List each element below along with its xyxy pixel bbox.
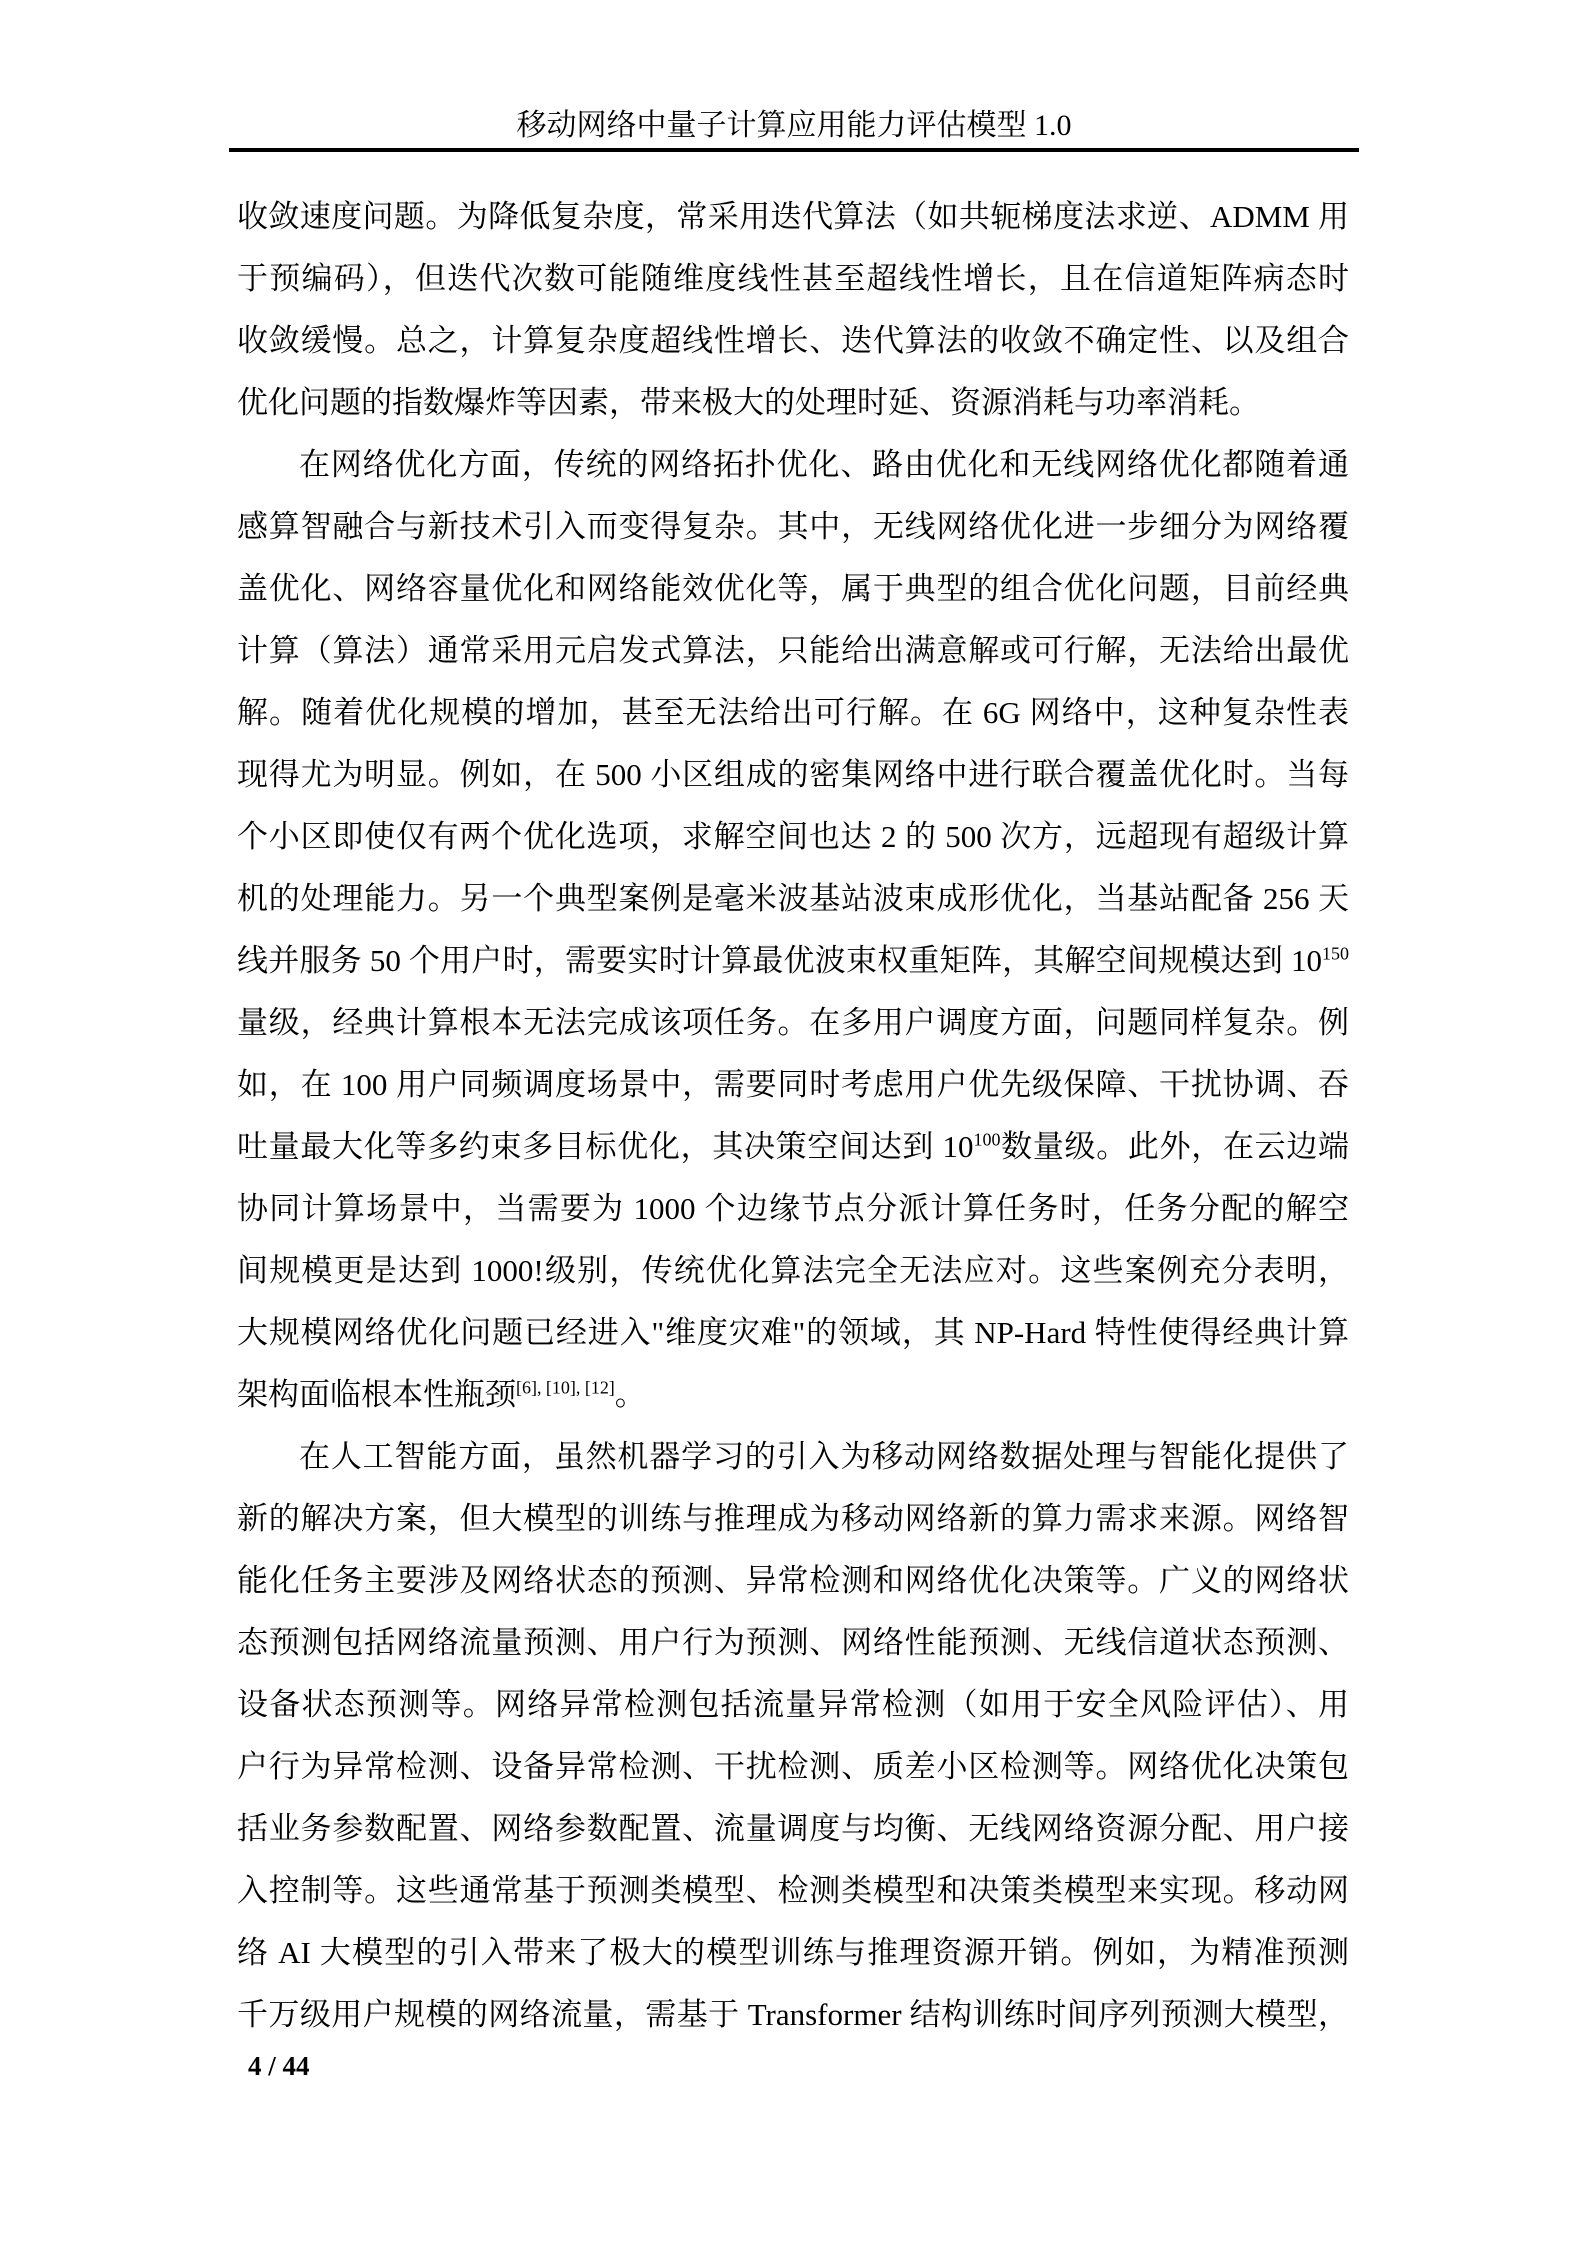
line-text: 收敛缓慢。总之，计算复杂度超线性增长、迭代算法的收敛不确定性、以及组合 <box>237 323 1349 358</box>
line-text: 数量级。此外，在云边端 <box>1000 1129 1349 1164</box>
body-line: 千万级用户规模的网络流量，需基于 Transformer 结构训练时间序列预测大… <box>237 1984 1349 2046</box>
body-line: 于预编码），但迭代次数可能随维度线性甚至超线性增长，且在信道矩阵病态时 <box>237 248 1349 310</box>
line-text: 能化任务主要涉及网络状态的预测、异常检测和网络优化决策等。广义的网络状 <box>237 1563 1349 1598</box>
header-rule <box>229 148 1359 152</box>
body-line: 量级，经典计算根本无法完成该项任务。在多用户调度方面，问题同样复杂。例 <box>237 992 1349 1054</box>
body-line: 线并服务 50 个用户时，需要实时计算最优波束权重矩阵，其解空间规模达到 101… <box>237 930 1349 992</box>
line-text: 入控制等。这些通常基于预测类模型、检测类模型和决策类模型来实现。移动网 <box>237 1873 1349 1908</box>
line-text: 于预编码），但迭代次数可能随维度线性甚至超线性增长，且在信道矩阵病态时 <box>237 261 1349 296</box>
body-line: 个小区即使仅有两个优化选项，求解空间也达 2 的 500 次方，远超现有超级计算 <box>237 806 1349 868</box>
body-line: 设备状态预测等。网络异常检测包括流量异常检测（如用于安全风险评估）、用 <box>237 1674 1349 1736</box>
line-text: 千万级用户规模的网络流量，需基于 Transformer 结构训练时间序列预测大… <box>237 1997 1349 2032</box>
body-line: 收敛速度问题。为降低复杂度，常采用迭代算法（如共轭梯度法求逆、ADMM 用 <box>237 186 1349 248</box>
page-number: 4 / 44 <box>248 2048 310 2084</box>
line-text: 设备状态预测等。网络异常检测包括流量异常检测（如用于安全风险评估）、用 <box>237 1687 1349 1722</box>
body-line: 括业务参数配置、网络参数配置、流量调度与均衡、无线网络资源分配、用户接 <box>237 1798 1349 1860</box>
line-text: 感算智融合与新技术引入而变得复杂。其中，无线网络优化进一步细分为网络覆 <box>237 509 1349 544</box>
body-line: 大规模网络优化问题已经进入"维度灾难"的领域，其 NP-Hard 特性使得经典计… <box>237 1302 1349 1364</box>
body-line: 能化任务主要涉及网络状态的预测、异常检测和网络优化决策等。广义的网络状 <box>237 1550 1349 1612</box>
line-text: 吐量最大化等多约束多目标优化，其决策空间达到 10 <box>237 1129 974 1164</box>
line-text: 协同计算场景中，当需要为 1000 个边缘节点分派计算任务时，任务分配的解空 <box>237 1191 1349 1226</box>
line-text: 盖优化、网络容量优化和网络能效优化等，属于典型的组合优化问题，目前经典 <box>237 571 1349 606</box>
line-text: 络 AI 大模型的引入带来了极大的模型训练与推理资源开销。例如，为精准预测 <box>237 1935 1349 1970</box>
line-text: 架构面临根本性瓶颈 <box>237 1377 516 1412</box>
body-line: 入控制等。这些通常基于预测类模型、检测类模型和决策类模型来实现。移动网 <box>237 1860 1349 1922</box>
body-line: 协同计算场景中，当需要为 1000 个边缘节点分派计算任务时，任务分配的解空 <box>237 1178 1349 1240</box>
body-line: 如，在 100 用户同频调度场景中，需要同时考虑用户优先级保障、干扰协调、吞 <box>237 1054 1349 1116</box>
line-text: 量级，经典计算根本无法完成该项任务。在多用户调度方面，问题同样复杂。例 <box>237 1005 1349 1040</box>
body-line: 吐量最大化等多约束多目标优化，其决策空间达到 10100数量级。此外，在云边端 <box>237 1116 1349 1178</box>
line-text: 新的解决方案，但大模型的训练与推理成为移动网络新的算力需求来源。网络智 <box>237 1501 1349 1536</box>
body-line: 收敛缓慢。总之，计算复杂度超线性增长、迭代算法的收敛不确定性、以及组合 <box>237 310 1349 372</box>
body-line: 间规模更是达到 1000!级别，传统优化算法完全无法应对。这些案例充分表明， <box>237 1240 1349 1302</box>
body-line: 在人工智能方面，虽然机器学习的引入为移动网络数据处理与智能化提供了 <box>237 1426 1349 1488</box>
superscript-text: [6], [10], [12] <box>516 1378 615 1398</box>
line-text: 态预测包括网络流量预测、用户行为预测、网络性能预测、无线信道状态预测、 <box>237 1625 1349 1660</box>
body-line: 架构面临根本性瓶颈[6], [10], [12]。 <box>237 1364 1349 1426</box>
line-text: 个小区即使仅有两个优化选项，求解空间也达 2 的 500 次方，远超现有超级计算 <box>237 819 1349 854</box>
line-text: 如，在 100 用户同频调度场景中，需要同时考虑用户优先级保障、干扰协调、吞 <box>237 1067 1349 1102</box>
line-text: 收敛速度问题。为降低复杂度，常采用迭代算法（如共轭梯度法求逆、ADMM 用 <box>237 199 1349 234</box>
body-line: 现得尤为明显。例如，在 500 小区组成的密集网络中进行联合覆盖优化时。当每 <box>237 744 1349 806</box>
body-line: 感算智融合与新技术引入而变得复杂。其中，无线网络优化进一步细分为网络覆 <box>237 496 1349 558</box>
body-line: 户行为异常检测、设备异常检测、干扰检测、质差小区检测等。网络优化决策包 <box>237 1736 1349 1798</box>
body-line: 在网络优化方面，传统的网络拓扑优化、路由优化和无线网络优化都随着通 <box>237 434 1349 496</box>
body-line: 计算（算法）通常采用元启发式算法，只能给出满意解或可行解，无法给出最优 <box>237 620 1349 682</box>
document-header-title: 移动网络中量子计算应用能力评估模型 1.0 <box>229 106 1359 146</box>
line-text: 户行为异常检测、设备异常检测、干扰检测、质差小区检测等。网络优化决策包 <box>237 1749 1349 1784</box>
line-text: 解。随着优化规模的增加，甚至无法给出可行解。在 6G 网络中，这种复杂性表 <box>237 695 1349 730</box>
body-line: 络 AI 大模型的引入带来了极大的模型训练与推理资源开销。例如，为精准预测 <box>237 1922 1349 1984</box>
document-body: 收敛速度问题。为降低复杂度，常采用迭代算法（如共轭梯度法求逆、ADMM 用于预编… <box>237 186 1349 2046</box>
body-line: 优化问题的指数爆炸等因素，带来极大的处理时延、资源消耗与功率消耗。 <box>237 372 1349 434</box>
line-text: 在网络优化方面，传统的网络拓扑优化、路由优化和无线网络优化都随着通 <box>299 447 1349 482</box>
line-text: 间规模更是达到 1000!级别，传统优化算法完全无法应对。这些案例充分表明， <box>237 1253 1349 1288</box>
superscript-text: 100 <box>974 1130 1001 1150</box>
line-text: 大规模网络优化问题已经进入"维度灾难"的领域，其 NP-Hard 特性使得经典计… <box>237 1315 1349 1350</box>
line-text: 在人工智能方面，虽然机器学习的引入为移动网络数据处理与智能化提供了 <box>299 1439 1349 1474</box>
document-page: 移动网络中量子计算应用能力评估模型 1.0 收敛速度问题。为降低复杂度，常采用迭… <box>0 0 1588 2245</box>
line-text: 现得尤为明显。例如，在 500 小区组成的密集网络中进行联合覆盖优化时。当每 <box>237 757 1349 792</box>
body-line: 新的解决方案，但大模型的训练与推理成为移动网络新的算力需求来源。网络智 <box>237 1488 1349 1550</box>
body-line: 机的处理能力。另一个典型案例是毫米波基站波束成形优化，当基站配备 256 天 <box>237 868 1349 930</box>
line-text: 。 <box>615 1377 646 1412</box>
line-text: 优化问题的指数爆炸等因素，带来极大的处理时延、资源消耗与功率消耗。 <box>237 385 1260 420</box>
line-text: 机的处理能力。另一个典型案例是毫米波基站波束成形优化，当基站配备 256 天 <box>237 881 1349 916</box>
body-line: 解。随着优化规模的增加，甚至无法给出可行解。在 6G 网络中，这种复杂性表 <box>237 682 1349 744</box>
superscript-text: 150 <box>1322 944 1349 964</box>
line-text: 计算（算法）通常采用元启发式算法，只能给出满意解或可行解，无法给出最优 <box>237 633 1349 668</box>
line-text: 线并服务 50 个用户时，需要实时计算最优波束权重矩阵，其解空间规模达到 10 <box>237 943 1322 978</box>
line-text: 括业务参数配置、网络参数配置、流量调度与均衡、无线网络资源分配、用户接 <box>237 1811 1349 1846</box>
body-line: 盖优化、网络容量优化和网络能效优化等，属于典型的组合优化问题，目前经典 <box>237 558 1349 620</box>
body-line: 态预测包括网络流量预测、用户行为预测、网络性能预测、无线信道状态预测、 <box>237 1612 1349 1674</box>
